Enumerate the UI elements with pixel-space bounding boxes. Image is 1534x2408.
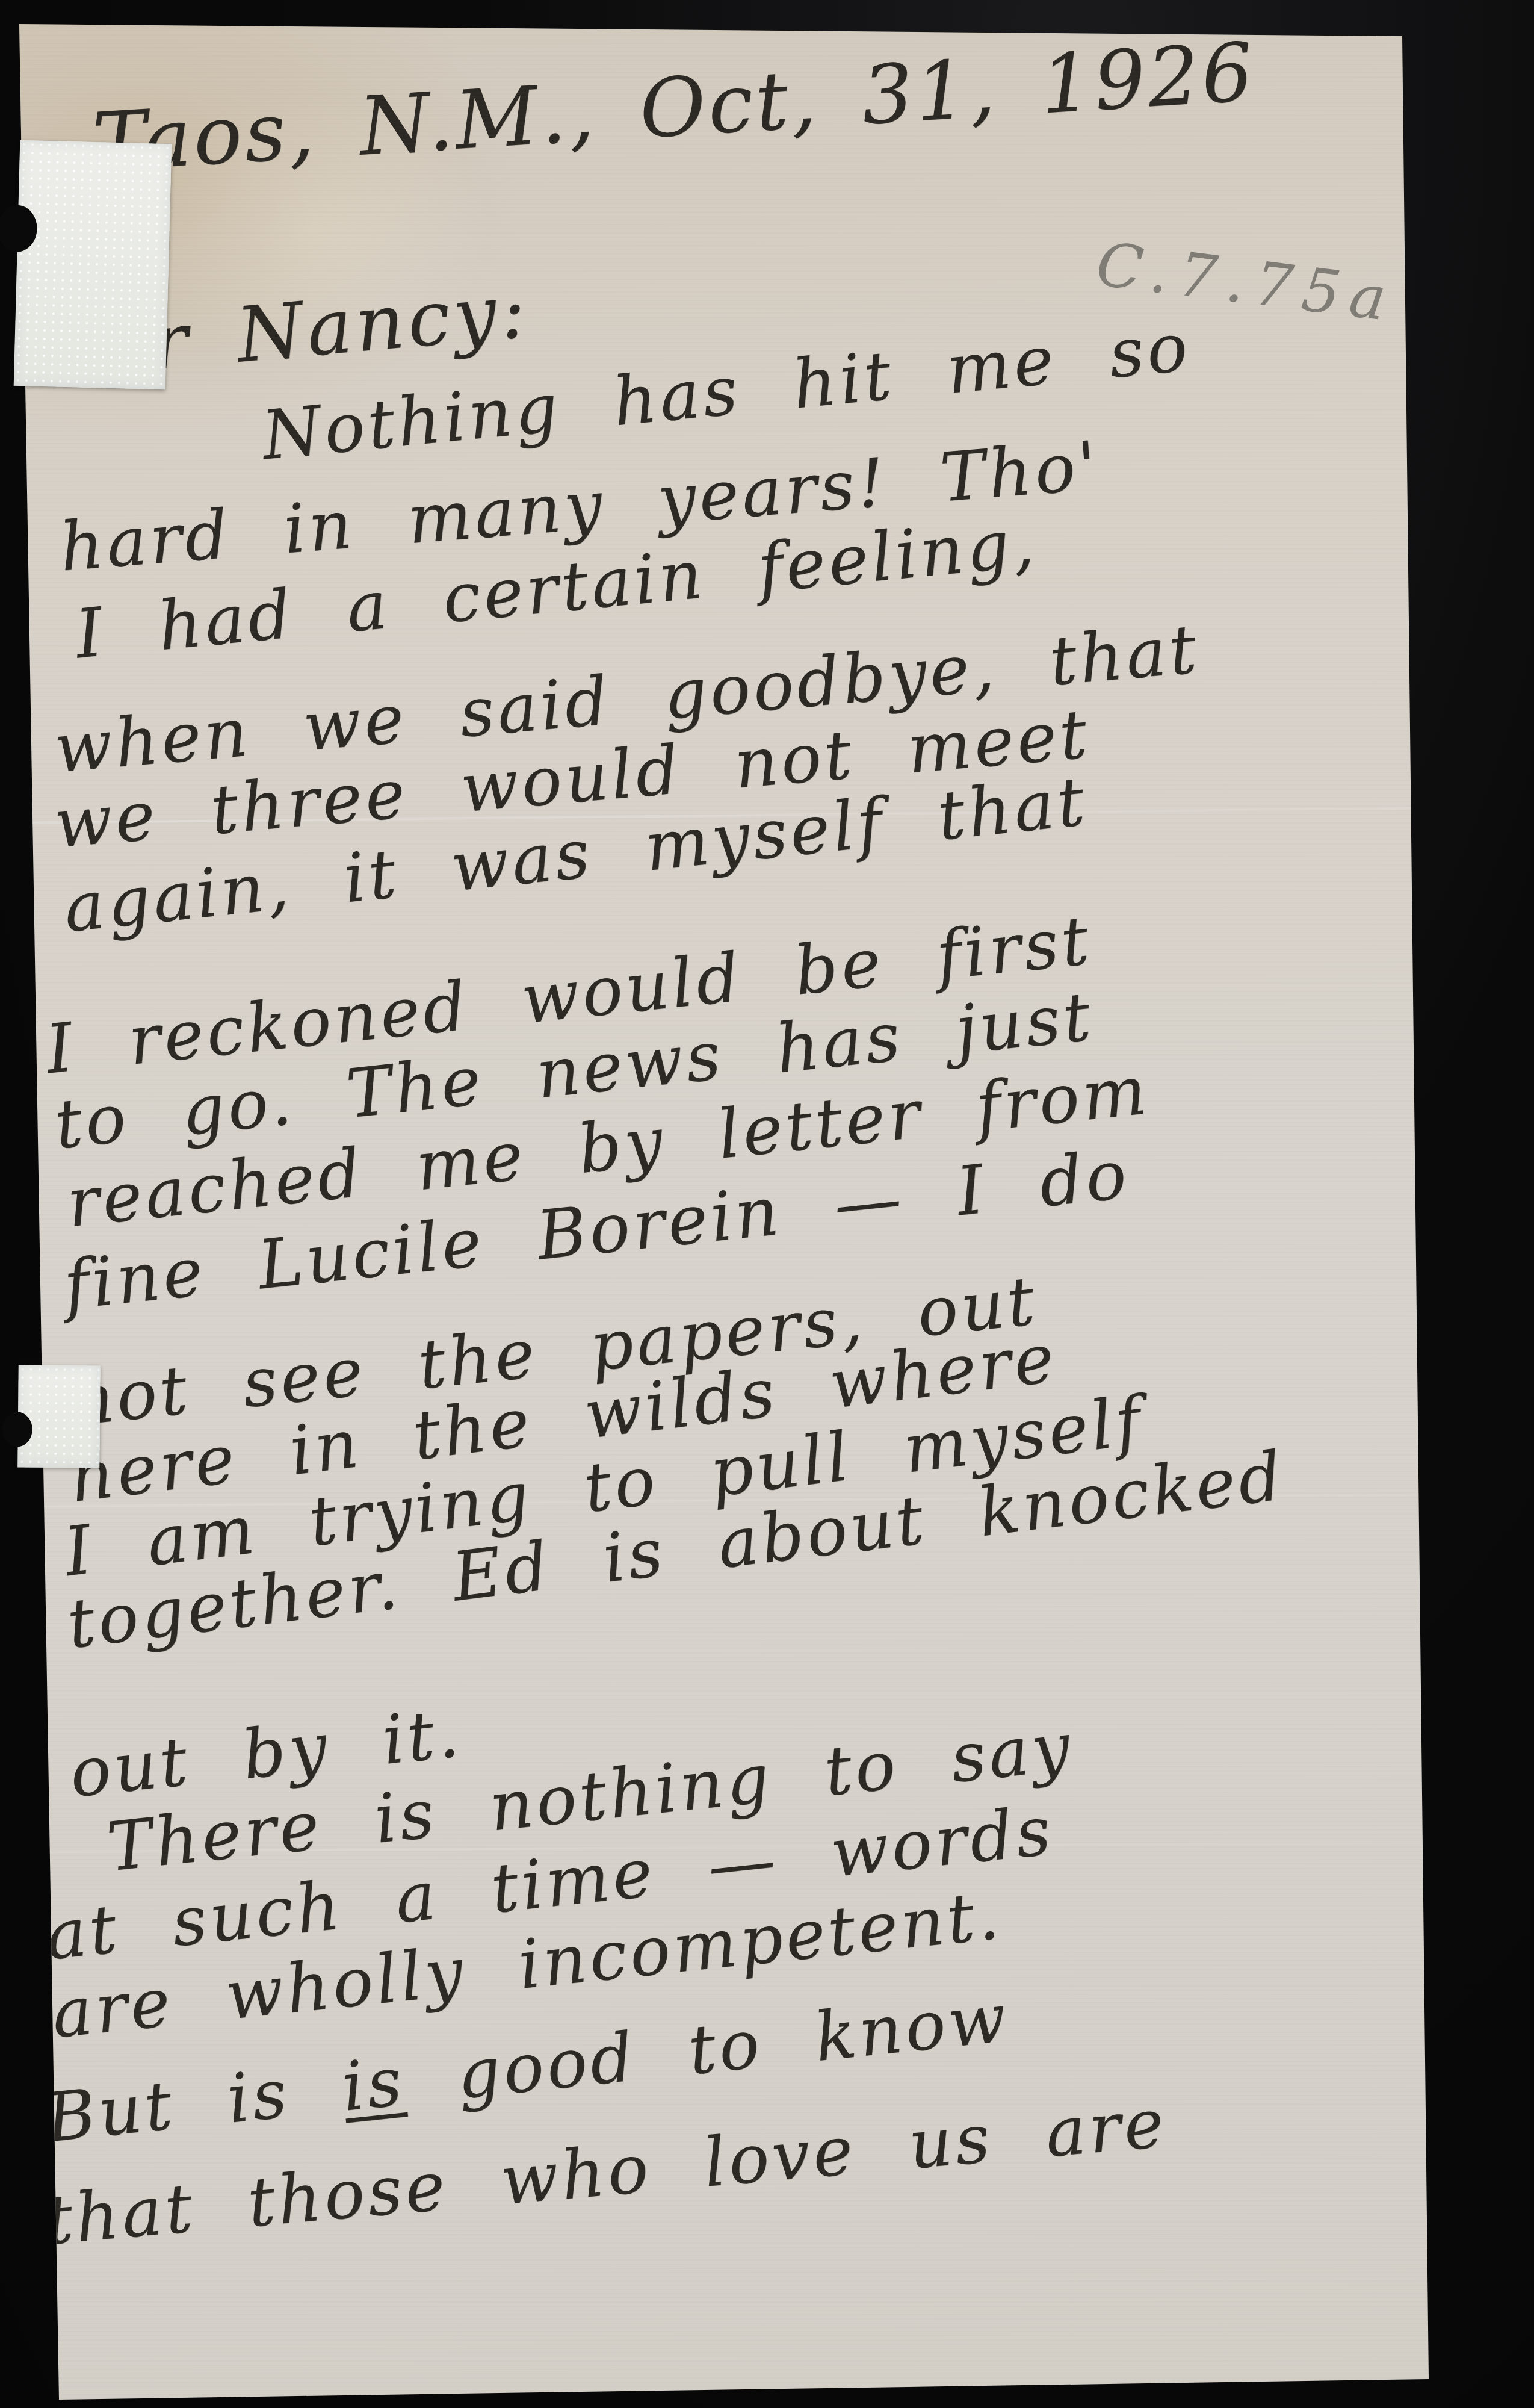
underlined-word: is	[338, 2042, 408, 2126]
archival-tape-top	[14, 140, 172, 389]
tape-notch	[0, 205, 38, 253]
letter-dateline: Taos, N.M., Oct, 31, 1926	[90, 25, 1258, 190]
letter-page: Taos, N.M., Oct, 31, 1926 C.7.75a Dear N…	[0, 0, 1534, 2408]
line-segment: But is	[42, 2049, 347, 2158]
tape-notch	[2, 1412, 33, 1447]
archival-tape-middle	[17, 1365, 100, 1468]
photo-backdrop: Taos, N.M., Oct, 31, 1926 C.7.75a Dear N…	[0, 0, 1534, 2408]
